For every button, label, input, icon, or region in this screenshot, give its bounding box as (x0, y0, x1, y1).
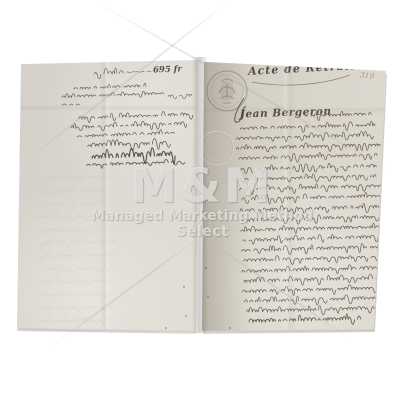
handwriting-line (38, 239, 116, 248)
handwriting-line (239, 182, 383, 195)
handwriting-line (242, 213, 381, 226)
left-page-handwriting (16, 60, 198, 331)
handwriting-line (39, 306, 114, 313)
handwriting-line (94, 68, 126, 79)
handwriting-line (40, 343, 114, 351)
handwriting-line (38, 226, 111, 235)
handwriting-line (243, 233, 380, 246)
handwriting-line (38, 265, 116, 274)
handwriting-line (168, 94, 192, 99)
handwriting-line (62, 91, 164, 100)
ink-speck (229, 327, 231, 329)
handwriting-line (62, 103, 83, 105)
ink-stamp-icon (207, 71, 247, 111)
handwriting-line (240, 121, 375, 134)
handwriting-line (236, 131, 373, 143)
handwriting-line (241, 243, 384, 256)
left-page: 695 fr (16, 60, 198, 331)
center-fold-shadow (192, 57, 208, 333)
handwriting-line (87, 138, 170, 152)
handwriting-line (244, 294, 375, 307)
handwriting-line (37, 187, 111, 196)
handwriting-line (240, 203, 379, 216)
handwriting-line (242, 284, 381, 297)
amount-figure: 695 fr (153, 65, 182, 75)
handwriting-line (241, 264, 380, 276)
handwriting-line (37, 200, 112, 208)
handwriting-line (73, 83, 146, 89)
handwriting-line (77, 129, 174, 137)
handwriting-line (242, 192, 384, 205)
handwriting-line (243, 253, 378, 266)
handwriting-line (247, 304, 375, 317)
folio-number: 319 (360, 71, 375, 80)
handwriting-line (39, 317, 111, 325)
handwriting-line (240, 223, 379, 235)
handwriting-line (38, 252, 113, 260)
ink-speck (183, 286, 185, 288)
ink-speck (165, 327, 167, 329)
handwriting-line (249, 313, 363, 327)
handwriting-line (37, 176, 112, 182)
handwriting-line (126, 71, 151, 73)
ink-speck (185, 315, 187, 317)
handwriting-line (38, 213, 113, 222)
handwriting-line (239, 151, 378, 164)
handwriting-line (241, 162, 377, 174)
right-page: Acte de Retrait 319 Jean Bergeron (200, 60, 387, 332)
handwriting-line (239, 172, 376, 184)
handwriting-line (236, 141, 380, 154)
handwriting-line (244, 274, 380, 287)
stock-photo-old-manuscript: 695 fr Acte de Retrait 31 (0, 0, 400, 400)
handwriting-line (39, 278, 111, 286)
right-page-handwriting (200, 60, 387, 332)
handwriting-line (39, 291, 112, 299)
